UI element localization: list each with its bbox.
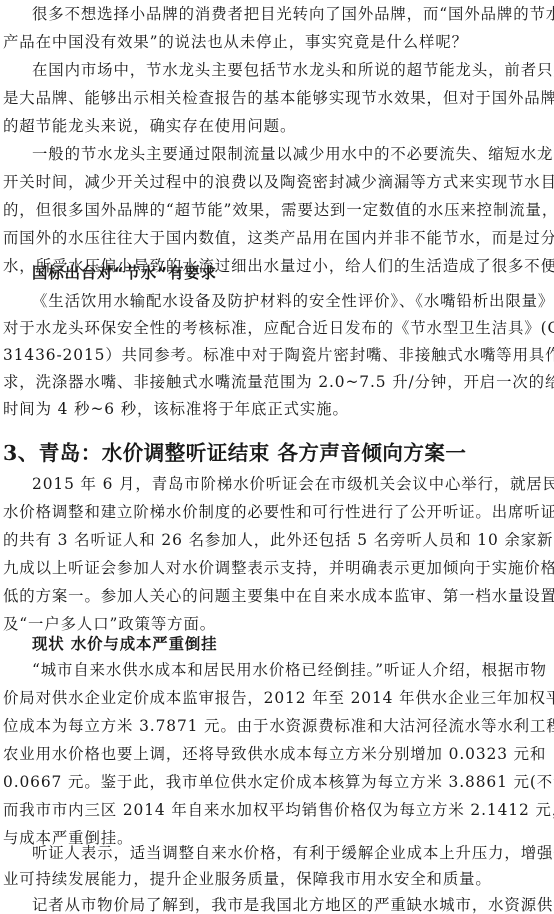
document-page: 很多不想选择小品牌的消费者把目光转向了国外品牌，而“国外品牌的节水 产品在中国没… xyxy=(0,0,554,914)
paragraph-line: 而国外的水压往往大于国内数值，这类产品用在国内并非不能节水，而是过分节 xyxy=(3,228,554,248)
paragraph-line: 而我市市内三区 2014 年自来水加权平均销售价格仅为每立方米 2.1412 元… xyxy=(3,800,554,820)
paragraph-line: 《生活饮用水输配水设备及防护材料的安全性评价》、《水嘴铅析出限量》等 xyxy=(32,291,554,311)
paragraph-line: 0.0667 元。鉴于此，我市单位供水定价成本核算为每立方米 3.8861 元(… xyxy=(3,772,554,792)
paragraph-line: 位成本为每立方米 3.7871 元。由于水资源费标准和大沽河径流水等水利工程非 xyxy=(3,716,554,736)
subheading: 国标出台对“节水”有要求 xyxy=(32,263,217,283)
paragraph-line: 价局对供水企业定价成本监审报告，2012 年至 2014 年供水企业三年加权平均… xyxy=(3,688,554,708)
subheading: 现状 水价与成本严重倒挂 xyxy=(32,634,217,654)
paragraph-line: 低的方案一。参加人关心的问题主要集中在自来水成本监审、第一档水量设置以 xyxy=(3,586,554,606)
paragraph-line: 很多不想选择小品牌的消费者把目光转向了国外品牌，而“国外品牌的节水 xyxy=(32,4,554,24)
paragraph-line: 记者从市物价局了解到，我市是我国北方地区的严重缺水城市，水资源供需 xyxy=(32,895,554,914)
paragraph-line: 农业用水价格也要上调，还将导致供水成本每立方米分别增加 0.0323 元和 xyxy=(3,744,554,764)
paragraph-line: 求，洗涤器水嘴、非接触式水嘴流量范围为 2.0~7.5 升/分钟，开启一次的给水 xyxy=(3,372,554,392)
paragraph-line: 的共有 3 名听证人和 26 名参加人，此外还包括 5 名旁听人员和 10 余家… xyxy=(3,530,554,550)
section-title: 3、青岛：水价调整听证结束 各方声音倾向方案一 xyxy=(3,440,466,466)
paragraph-line: 是大品牌、能够出示相关检查报告的基本能够实现节水效果，但对于国外品牌中 xyxy=(3,88,554,108)
paragraph-line: 水价格调整和建立阶梯水价制度的必要性和可行性进行了公开听证。出席听证会 xyxy=(3,502,554,522)
paragraph-line: 对于水龙头环保安全性的考核标准，应配合近日发布的《节水型卫生洁具》(GB/T xyxy=(3,318,554,338)
paragraph-line: 一般的节水龙头主要通过限制流量以减少用水中的不必要流失、缩短水龙头 xyxy=(32,144,554,164)
paragraph-line: 及“一户多人口”政策等方面。 xyxy=(3,614,554,634)
paragraph-line: 业可持续发展能力，提升企业服务质量，保障我市用水安全和质量。 xyxy=(3,869,554,889)
paragraph-line: 的，但很多国外品牌的“超节能”效果，需要达到一定数值的水压来控制流量， xyxy=(3,200,554,220)
paragraph-line: 2015 年 6 月，青岛市阶梯水价听证会在市级机关会议中心举行，就居民用 xyxy=(32,474,554,494)
paragraph-line: 的超节能龙头来说，确实存在使用问题。 xyxy=(3,116,554,136)
paragraph-line: 开关时间，减少开关过程中的浪费以及陶瓷密封减少滴漏等方式来实现节水目 xyxy=(3,172,554,192)
paragraph-line: 时间为 4 秒~6 秒，该标准将于年底正式实施。 xyxy=(3,399,554,419)
paragraph-line: 在国内市场中，节水龙头主要包括节水龙头和所说的超节能龙头，前者只要 xyxy=(32,60,554,80)
paragraph-line: 31436-2015）共同参考。标准中对于陶瓷片密封嘴、非接触式水嘴等用具作出要 xyxy=(3,345,554,365)
paragraph-line: 听证人表示，适当调整自来水价格，有利于缓解企业成本上升压力，增强企 xyxy=(32,843,554,863)
paragraph-line: “城市自来水供水成本和居民用水价格已经倒挂。”听证人介绍，根据市物 xyxy=(32,660,554,680)
paragraph-line: 九成以上听证会参加人对水价调整表示支持，并明确表示更加倾向于实施价格偏 xyxy=(3,558,554,578)
paragraph-line: 产品在中国没有效果”的说法也从未停止，事实究竟是什么样呢？ xyxy=(3,32,554,52)
